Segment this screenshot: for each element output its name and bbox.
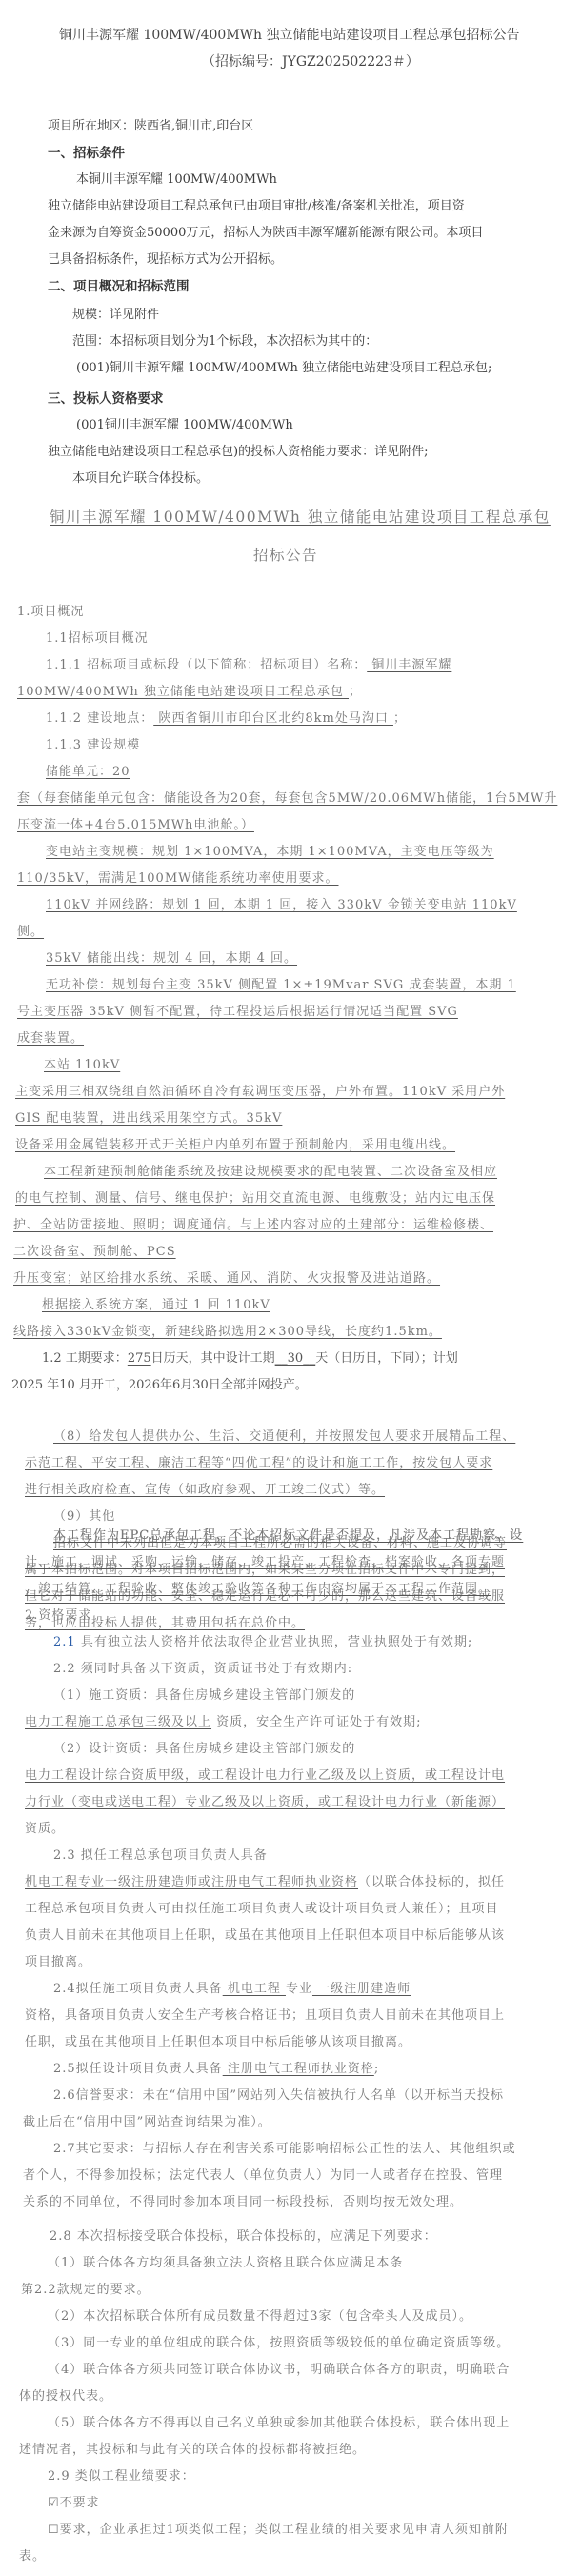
scale-line: 110/35kV，需满足100MW储能系统功率使用要求。: [17, 870, 339, 888]
scale-line: 套（每套储能单元包含：储能设备为20套，每套包含5MW/20.06MWh储能，1…: [17, 790, 557, 808]
heading-1-1: 1.1招标项目概况: [46, 630, 149, 648]
design-days: __30__: [275, 1351, 316, 1366]
section-2-line: 范围：本招标项目划分为1个标段，本次招标为其中的：: [72, 333, 377, 350]
scale-line: 压变流一体+4台5.015MWh电池舱。）: [17, 817, 254, 834]
schedule-text: 天（日历日，下同）；计划: [315, 1351, 458, 1366]
scale-line: 成套装置。: [17, 1030, 84, 1048]
epc-line: 本工程作为EPC总承包工程，不论本招标文件是否提及，凡涉及本工程勘察、设: [53, 1528, 523, 1545]
item-2-6-line: 2.6信誉要求：未在“信用中国”网站列入失信被执行人名单（以开标当天投标: [53, 2087, 504, 2105]
bid-number: （招标编号：JYGZ202502223＃）: [202, 53, 419, 70]
schedule-label: 1.2 工期要求：: [42, 1351, 128, 1366]
design-qualification-line: 电力工程设计综合资质甲级，或工程设计电力行业乙级及以上资质，或工程设计电: [25, 1767, 505, 1785]
section-3-line: 独立储能电站建设项目工程总承包)的投标人资格能力要求：详见附件;: [48, 444, 428, 461]
item-2-3-cont: 机电工程专业一级注册建造师或注册电气工程师执业资格（以联合体投标的，拟任: [25, 1874, 505, 1891]
scale-line: 本工程新建预制舱储能系统及按建设规模要求的配电装置、二次设备室及相应: [44, 1164, 497, 1181]
item-text: （以联合体投标的，拟任: [358, 1875, 505, 1889]
consortium-item: 体的授权代表。: [19, 2388, 112, 2406]
consortium-item: （5）联合体各方不得再以自己名义单独或参加其他联合体投标，联合体出现上: [48, 2415, 510, 2432]
item-text: 具有独立法人资格并依法取得企业营业执照，营业执照处于有效期;: [76, 1635, 473, 1649]
attachment-title: 铜川丰源军耀 100MW/400MWh 独立储能电站建设项目工程总承包: [50, 509, 551, 526]
scale-line: 根据接入系统方案，通过 1 回 110kV: [42, 1297, 270, 1314]
consortium-item: （1）联合体各方均须具备独立法人资格且联合体应满足本条: [48, 2255, 403, 2272]
item-8-line: 示范工程、平安工程、廉洁工程等“四优工程”的设计和施工工作，按发包人要求: [25, 1455, 492, 1472]
scale-line: 升压变室；站区给排水系统、采暖、通风、消防、火灾报警及进站道路。: [13, 1270, 440, 1288]
scale-line: GIS 配电装置，进出线采用架空方式。35kV: [15, 1110, 282, 1128]
scale-line: 的电气控制、测量、信号、继电保护；站用交直流电源、电缆敷设；站内过电压保: [15, 1190, 495, 1208]
punct: ;: [374, 2062, 379, 2076]
project-name-part1: 铜川丰源军耀: [367, 658, 451, 672]
item-2-2: 2.2 须同时具备以下资质，资质证书处于有效期内:: [53, 1661, 352, 1678]
item-2-6-line: 截止后在“信用中国”网站查询结果为准）。: [23, 2114, 271, 2131]
item-number: 2.1: [53, 1635, 76, 1649]
consortium-item: 述情况者，其投标和与此有关的联合体的投标都将被拒绝。: [19, 2442, 366, 2459]
section-1-line: 独立储能电站建设项目工程总承包已由项目审批/核准/备案机关批准，项目资: [48, 198, 465, 215]
scale-line: 二次设备室、预制舱、PCS: [13, 1244, 176, 1261]
scale-line: 储能单元：20: [46, 764, 130, 781]
total-days: 275: [128, 1351, 151, 1366]
design-manager-license: 注册电气工程师执业资格: [223, 2062, 374, 2076]
section-3-line: (001铜川丰源军耀 100MW/400MWh: [76, 417, 293, 434]
scale-line: 110kV 并网线路：规划 1 回，本期 1 回，接入 330kV 金锁关变电站…: [46, 897, 517, 914]
project-location: 项目所在地区：陕西省,铜川市,印台区: [48, 118, 253, 135]
scale-line: 无功补偿：规划每台主变 35kV 侧配置 1×±19Mvar SVG 成套装置，…: [46, 977, 516, 994]
item-2-3-line: 项目撤离。: [25, 1954, 91, 1971]
item-1-1-1-cont: 100MW/400MWh 独立储能电站建设项目工程总承包 ；: [17, 684, 362, 701]
scale-line: 本站 110kV: [44, 1057, 120, 1074]
scale-line: 变电站主变规模：规划 1×100MVA，本期 1×100MVA，主变电压等级为: [46, 844, 494, 861]
item-2-9: 2.9 类似工程业绩要求：: [48, 2468, 195, 2486]
section-1-line: 本铜川丰源军耀 100MW/400MWh: [76, 171, 277, 189]
construction-site: 陕西省铜川市印台区北约8km处马沟口: [153, 711, 393, 726]
heading-1: 1.项目概况: [17, 604, 84, 621]
item-2-7-line: 2.7其它要求：与招标人存在利害关系可能影响招标公正性的法人、其他组织或: [53, 2141, 516, 2158]
item-text: 2.5拟任设计项目负责人具备: [53, 2062, 223, 2076]
scale-line: 号主变压器 35kV 侧暂不配置，待工程投运后根据运行情况适当配置 SVG: [17, 1004, 458, 1021]
section-3-heading: 三、投标人资格要求: [48, 390, 164, 408]
item-text: 专业: [286, 1982, 312, 1996]
item-2-9-end: 表。: [19, 2548, 46, 2566]
punct: ；: [349, 685, 362, 699]
epc-line: 、竣工结算、工程验收、整体竣工验收等各种工作内容均属于本工程工作范围。: [25, 1581, 491, 1598]
scale-line: 设备采用金属铠装移开式开关柜户内单列布置于预制舱内，采用电缆出线。: [15, 1137, 455, 1154]
item-2-4-line: 资格，具备项目负责人安全生产考核合格证书；且项目负责人目前未在其他项目上: [25, 2007, 505, 2025]
item-1-2-cont: 2025 年10 月开工，2026年6月30日全部并网投产。: [11, 1377, 308, 1394]
project-name-part2: 100MW/400MWh 独立储能电站建设项目工程总承包: [17, 685, 349, 699]
manager-qualification: 机电工程专业一级注册建造师或注册电气工程师执业资格: [25, 1875, 358, 1889]
consortium-item: （4）联合体各方须共同签订联合体协议书，明确联合体各方的职责，明确联合: [48, 2362, 510, 2379]
item-2-4: 2.4拟任施工项目负责人具备 机电工程 专业 一级注册建造师: [53, 1981, 411, 1998]
attachment-subtitle: 招标公告: [253, 547, 318, 564]
consortium-item: （2）本次招标联合体所有成员数量不得超过3家（包含牵头人及成员）。: [48, 2308, 472, 2326]
section-1-line: 金来源为自筹资金50000万元，招标人为陕西丰源军耀新能源有限公司。本项目: [48, 225, 483, 242]
scale-line: 线路接入330kV金锁变，新建线路拟选用2×300导线，长度约1.5km。: [13, 1324, 442, 1341]
item-2-5: 2.5拟任设计项目负责人具备 注册电气工程师执业资格;: [53, 2061, 379, 2078]
design-qualification-line: 力行业（变电或送电工程）专业乙级及以上资质，或工程设计电力行业（新能源）: [25, 1794, 505, 1811]
item-1-1-1-label: 1.1.1 招标项目或标段（以下简称：招标项目）名称：: [46, 658, 367, 672]
specialty: 机电工程: [223, 1982, 286, 1996]
section-3-line: 本项目允许联合体投标。: [72, 470, 209, 488]
section-2-line: 规模：详见附件: [72, 307, 159, 324]
checkbox-required[interactable]: ☐要求，企业承担过1项类似工程；类似工程业绩的相关要求见申请人须知前附: [48, 2522, 509, 2539]
item-2-3-line: 负责人目前未在其他项目上任职，或虽在其他项目上任职但本项目中标后能够从该: [25, 1927, 505, 1945]
section-2-heading: 二、项目概况和招标范围: [48, 278, 190, 295]
scale-line: 侧。: [17, 924, 44, 941]
item-text: 2.4拟任施工项目负责人具备: [53, 1982, 223, 1996]
consortium-item: 第2.2款规定的要求。: [21, 2282, 150, 2299]
item-1-1-1: 1.1.1 招标项目或标段（以下简称：招标项目）名称： 铜川丰源军耀: [46, 657, 451, 674]
item-2-3: 2.3 拟任工程总承包项目负责人具备: [53, 1847, 268, 1865]
item-9-heading: （9）其他: [53, 1508, 115, 1526]
license: 一级注册建造师: [312, 1982, 411, 1996]
scale-line: 护、全站防雷接地、照明；调度通信。与上述内容对应的土建部分：运维检修楼、: [13, 1217, 493, 1234]
heading-2: 2.资格要求: [25, 1608, 91, 1625]
section-1-line: 已具备招标条件，现招标方式为公开招标。: [48, 251, 283, 269]
document-title: 铜川丰源军耀 100MW/400MWh 独立储能电站建设项目工程总承包招标公告: [59, 27, 520, 44]
item-2-8: 2.8 本次招标接受联合体投标，联合体投标的，应满足下列要求：: [50, 2228, 437, 2246]
item-2-4-line: 任职，或虽在其他项目上任职但本项目中标后能够从该项目撤离。: [25, 2034, 411, 2051]
item-8-line: （8）给发包人提供办公、生活、交通便利，并按照发包人要求开展精品工程、: [53, 1428, 515, 1446]
item-8-line: 进行相关政府检查、宣传（如政府参观、开工竣工仪式）等。: [25, 1482, 385, 1499]
section-1-heading: 一、招标条件: [48, 145, 125, 162]
item-2-2-2: （2）设计资质：具备住房城乡建设主管部门颁发的: [53, 1741, 355, 1758]
design-qualification-end: 资质。: [25, 1821, 65, 1838]
scale-line: 35kV 储能出线：规划 4 回，本期 4 回。: [46, 950, 297, 968]
item-2-7-line: 者个人，不得参加投标；法定代表人（单位负责人）为同一人或者存在控股、管理: [23, 2167, 503, 2185]
item-2-1: 2.1 具有独立法人资格并依法取得企业营业执照，营业执照处于有效期;: [53, 1634, 472, 1651]
item-2-2-1: （1）施工资质：具备住房城乡建设主管部门颁发的: [53, 1687, 355, 1705]
item-2-2-1-cont: 电力工程施工总承包三级及以上 资质，安全生产许可证处于有效期;: [25, 1714, 422, 1731]
item-1-2: 1.2 工期要求：275日历天，其中设计工期__30__天（日历日，下同）；计划: [42, 1350, 458, 1368]
item-1-1-3: 1.1.3 建设规模: [46, 737, 140, 754]
section-2-line: (001)铜川丰源军耀 100MW/400MWh 独立储能电站建设项目工程总承包…: [76, 360, 491, 377]
schedule-text: 日历天，其中设计工期: [151, 1351, 275, 1366]
item-1-1-2: 1.1.2 建设地点： 陕西省铜川市印台区北约8km处马沟口 ；: [46, 710, 407, 728]
checkbox-not-required[interactable]: ☑不要求: [48, 2495, 100, 2512]
epc-line: 计、施工、调试、采购、运输、储存、竣工投产、工程检查、档案验收、各项专题: [25, 1554, 505, 1571]
construction-qualification: 电力工程施工总承包三级及以上: [25, 1715, 211, 1729]
punct: ；: [393, 711, 407, 726]
item-2-7-line: 关系的不同单位，不得同时参加本项目同一标段投标，否则均按无效处理。: [23, 2194, 463, 2211]
item-2-3-line: 工程总承包项目负责人可由拟任施工项目负责人或设计项目负责人兼任）；且项目: [25, 1901, 499, 1918]
scale-line: 主变采用三相双绕组自然油循环自冷有载调压变压器，户外布置。110kV 采用户外: [15, 1084, 505, 1101]
item-text: 资质，安全生产许可证处于有效期;: [211, 1715, 422, 1729]
consortium-item: （3）同一专业的单位组成的联合体，按照资质等级较低的单位确定资质等级。: [48, 2335, 510, 2352]
item-1-1-2-label: 1.1.2 建设地点：: [46, 711, 153, 726]
